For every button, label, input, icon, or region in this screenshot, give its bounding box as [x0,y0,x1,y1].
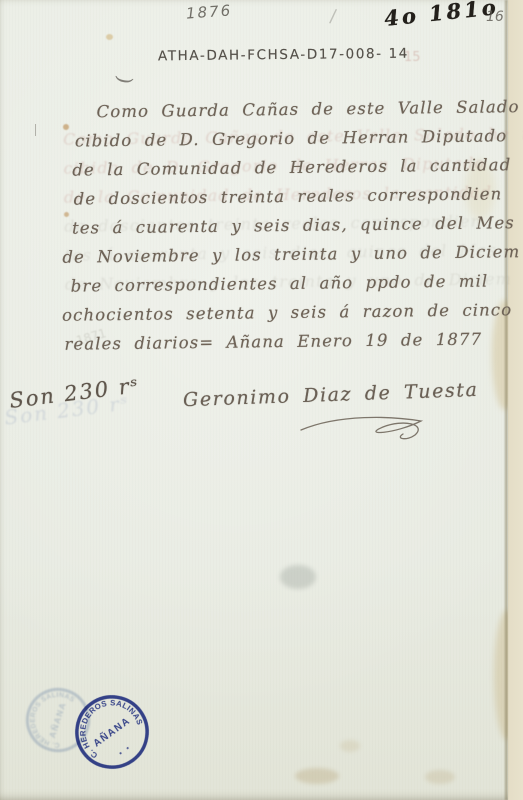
manuscript-line: reales diarios= Añana Enero 19 de 1877 [61,324,511,358]
pencil-tick-mark [35,124,36,136]
signature-flourish [295,408,435,448]
scanned-document-page: 1876 / 4o 181o 16 ATHA-DAH-FCHSA-D17-008… [0,0,523,800]
stamp-bottom-marks: * * [119,745,134,759]
stamp-center-text: AÑANA [92,715,133,749]
pencil-year-annotation: 1876 [185,1,232,22]
manuscript-text-block: Como Guarda Cañas de este Valle Salado h… [58,92,511,358]
pencil-page-number: 16 [486,9,504,25]
reference-bleedthrough-number: 15 [404,50,421,65]
archive-reference-code: ATHA-DAH-FCHSA-D17-008- 14 [158,46,409,65]
